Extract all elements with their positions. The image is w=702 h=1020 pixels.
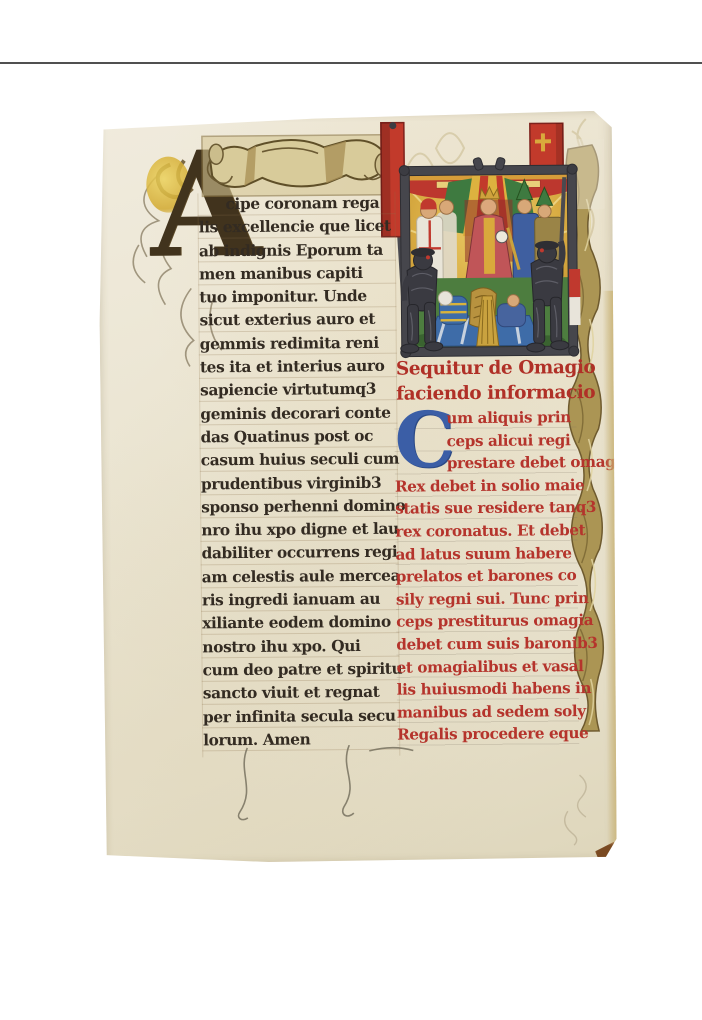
text-line: sapiencie virtutumq3	[200, 378, 396, 403]
text-line: geminis decorari conte	[200, 401, 396, 426]
rubric-line: ceps prestiturus omagia	[396, 609, 578, 633]
text-line: per infinita secula secu	[203, 704, 399, 729]
scroll-ribbon	[210, 139, 384, 187]
rubric-line: prelatos et barones co	[396, 564, 578, 588]
text-line: das Quatinus post oc	[200, 425, 396, 450]
photograph-background: A	[0, 0, 702, 1020]
rubric-line: ad latus suum habere	[395, 542, 577, 566]
rubric-line: Rex debet in solio maie	[395, 474, 577, 498]
rubric-line: sily regni sui. Tunc prin	[396, 587, 578, 611]
text-line: nro ihu xpo digne et lau	[201, 518, 397, 543]
text-line: tes ita et interius auro	[200, 355, 396, 380]
text-line: ab indignis Eporum ta	[199, 238, 395, 263]
text-line: gemmis redimita reni	[200, 331, 396, 356]
text-line: sancto viuit et regnat	[203, 681, 399, 706]
left-text-column: cipe coronam rega lis excellencie que li…	[197, 192, 400, 758]
pen-flourish-tails	[223, 744, 484, 830]
text-line: cipe coronam rega	[198, 192, 394, 217]
rubric-line: rex coronatus. Et debet	[395, 519, 577, 543]
text-line: prudentibus virginib3	[201, 471, 397, 496]
text-line: xiliante eodem domino	[202, 611, 398, 636]
rubric-line: et omagialibus et vasal	[396, 655, 578, 679]
top-divider	[0, 62, 702, 64]
rubric-text-column: C um aliquis prin ceps alicui regi prest…	[394, 406, 579, 752]
text-line: tuo imponitur. Unde	[199, 285, 395, 310]
text-line: lis excellencie que licet	[199, 215, 395, 240]
margin-scribbles	[549, 771, 602, 847]
text-line: sponso perhenni domino	[201, 495, 397, 520]
text-line: ris ingredi ianuam au	[202, 588, 398, 613]
text-line: cum deo patre et spiritu	[202, 658, 398, 683]
fore-edge-shading	[602, 291, 618, 863]
rubric-line: manibus ad sedem soly	[397, 700, 579, 724]
coronation-miniature	[378, 119, 584, 361]
banderole-scroll	[196, 125, 399, 203]
rubric-line: statis sue residere tanq3	[395, 496, 577, 520]
text-line: dabiliter occurrens regi	[201, 541, 397, 566]
rubric-heading-line: Sequitur de Omagio	[396, 356, 578, 382]
rubric-line: Regalis procedere eque	[397, 722, 579, 746]
rubric-line: debet cum suis baronib3	[396, 632, 578, 656]
text-line: sicut exterius auro et	[199, 308, 395, 333]
text-line: nostro ihu xpo. Qui	[202, 634, 398, 659]
manuscript-page: A	[98, 111, 619, 867]
text-line: casum huius seculi cum	[201, 448, 397, 473]
text-line: am celestis aule mercea	[202, 564, 398, 589]
enthroned-king	[464, 187, 519, 284]
initial-C: C	[394, 407, 446, 453]
red-white-shield	[569, 269, 580, 325]
text-line: men manibus capiti	[199, 262, 395, 287]
rubric-line: lis huiusmodi habens in	[397, 677, 579, 701]
